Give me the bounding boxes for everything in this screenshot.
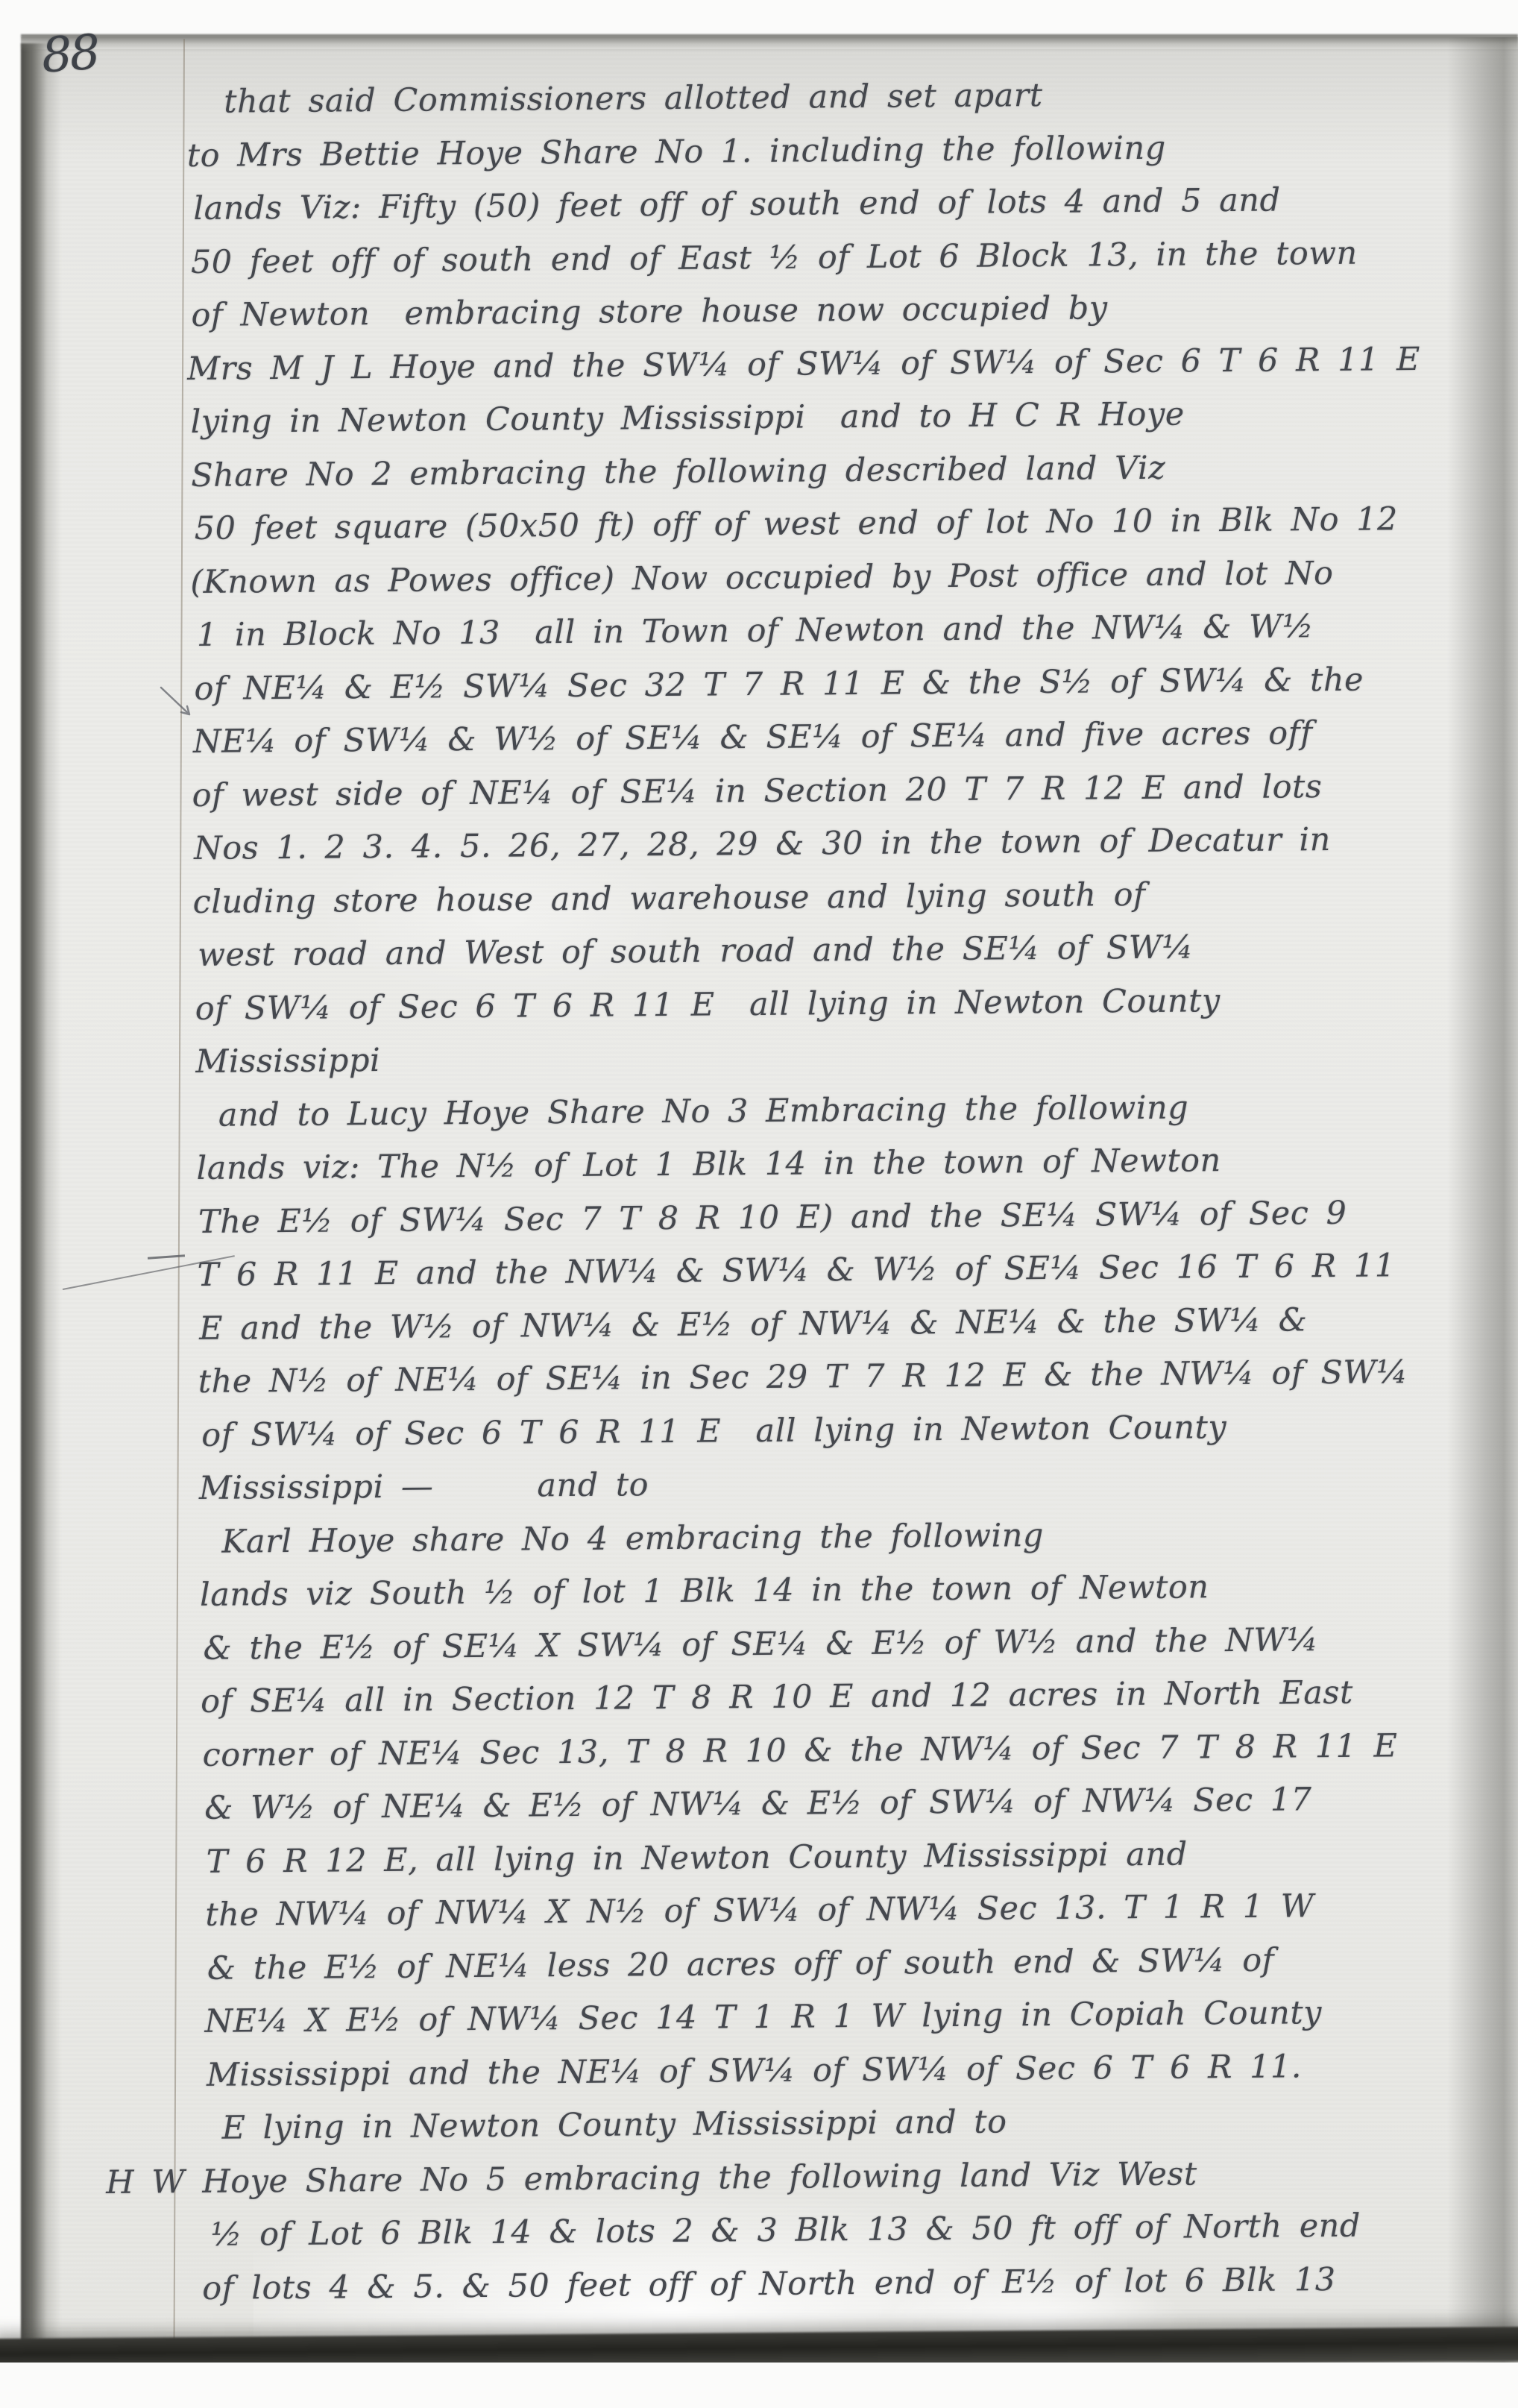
page-number: 88 xyxy=(40,25,100,84)
handwritten-line: E lying in Newton County Mississippi and… xyxy=(221,2092,1518,2155)
handwritten-line: E and the W½ of NW¼ & E½ of NW¼ & NE¼ & … xyxy=(199,1292,1518,1356)
handwritten-line: T 6 R 11 E and the NW¼ & SW¼ & W½ of SE¼… xyxy=(197,1239,1517,1302)
handwritten-line: of SW¼ of Sec 6 T 6 R 11 E all lying in … xyxy=(201,1399,1518,1462)
paper-top-edge xyxy=(21,34,1518,52)
handwritten-text-block: that said Commissioners allotted and set… xyxy=(188,66,1518,2316)
handwritten-line: of Newton embracing store house now occu… xyxy=(191,279,1510,342)
paper-left-edge xyxy=(21,43,61,2371)
handwritten-line: 50 feet square (50x50 ft) off of west en… xyxy=(194,492,1511,556)
handwritten-line: The E½ of SW¼ Sec 7 T 8 R 10 E) and the … xyxy=(198,1186,1517,1249)
handwritten-line: west road and West of south road and the… xyxy=(198,919,1515,982)
handwritten-line: Mississippi and the NE¼ of SW¼ of SW¼ of… xyxy=(207,2039,1518,2102)
handwritten-line: lands Viz: Fifty (50) feet off of south … xyxy=(193,172,1509,236)
handwritten-line: of NE¼ & E½ SW¼ Sec 32 T 7 R 11 E & the … xyxy=(194,653,1513,716)
handwritten-line: Nos 1. 2 3. 4. 5. 26, 27, 28, 29 & 30 in… xyxy=(194,812,1514,876)
handwritten-line: the N½ of NE¼ of SE¼ in Sec 29 T 7 R 12 … xyxy=(198,1345,1518,1409)
handwritten-line: and to Lucy Hoye Share No 3 Embracing th… xyxy=(218,1079,1517,1142)
scanned-page: 88 that said Commissioners allotted and … xyxy=(0,0,1518,2408)
handwritten-line: NE¼ X E½ of NW¼ Sec 14 T 1 R 1 W lying i… xyxy=(204,1985,1518,2049)
handwritten-line: Mrs M J L Hoye and the SW¼ of SW¼ of SW¼… xyxy=(187,333,1511,396)
handwritten-line: & W½ of NE¼ & E½ of NW¼ & E½ of SW¼ of N… xyxy=(204,1772,1518,1835)
handwritten-line: of SE¼ all in Section 12 T 8 R 10 E and … xyxy=(201,1665,1518,1729)
handwritten-line: of lots 4 & 5. & 50 feet off of North en… xyxy=(202,2252,1518,2316)
handwritten-line: Karl Hoye share No 4 embracing the follo… xyxy=(221,1506,1518,1569)
handwritten-line: that said Commissioners allotted and set… xyxy=(224,66,1508,129)
scanner-background xyxy=(0,2363,1518,2408)
handwritten-line: corner of NE¼ Sec 13, T 8 R 10 & the NW¼… xyxy=(202,1719,1518,1782)
handwritten-line: the NW¼ of NW¼ X N½ of SW¼ of NW¼ Sec 13… xyxy=(205,1879,1518,1942)
handwritten-line: lands viz South ½ of lot 1 Blk 14 in the… xyxy=(200,1559,1518,1622)
handwritten-line: ½ of Lot 6 Blk 14 & lots 2 & 3 Blk 13 & … xyxy=(210,2198,1518,2262)
handwritten-line: & the E½ of NE¼ less 20 acres off of sou… xyxy=(207,1932,1518,1996)
handwritten-line: & the E½ of SE¼ X SW¼ of SE¼ & E½ of W½ … xyxy=(203,1612,1518,1676)
handwritten-line: T 6 R 12 E, all lying in Newton County M… xyxy=(207,1826,1518,1889)
margin-check-icon xyxy=(158,685,197,723)
handwritten-line: 50 feet off of south end of East ½ of Lo… xyxy=(191,226,1510,289)
handwritten-line: 1 in Block No 13 all in Town of Newton a… xyxy=(197,599,1513,662)
